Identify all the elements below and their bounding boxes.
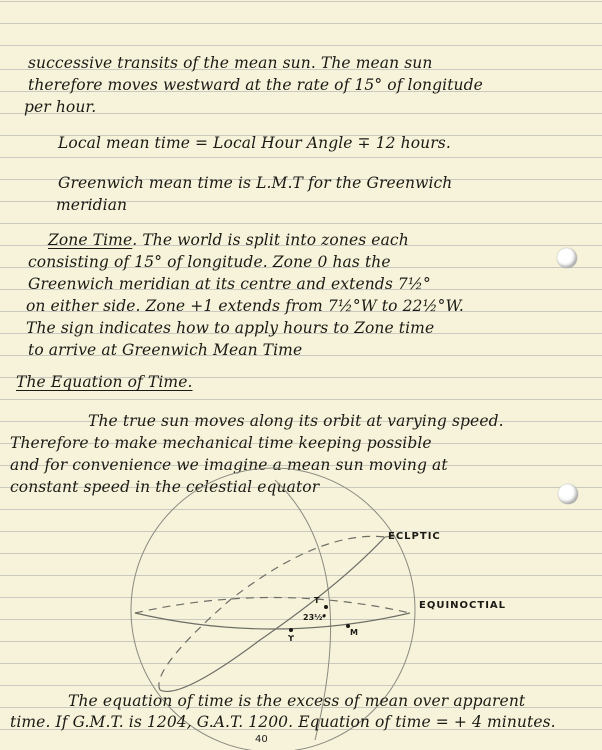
ecliptic-label: ECLPTIC [388,531,441,542]
angle-label: 23½° [303,613,326,622]
notebook-page: successive transits of the mean sun. The… [0,0,602,750]
conclusion-line-1: The equation of time is the excess of me… [68,690,525,712]
point-t-dot [324,605,328,609]
point-r-dot [289,628,293,632]
point-r-label: ϒ [288,634,294,643]
equinoctial-label: EQUINOCTIAL [419,600,506,611]
ecliptic-back [159,536,385,690]
equinoctial-front [135,613,410,629]
page-number: 40 [255,734,268,745]
conclusion-line-2: time. If G.M.T. is 1204, G.A.T. 1200. Eq… [10,711,556,733]
point-t-label: T [314,596,319,605]
equinoctial-back [135,598,410,614]
celestial-sphere-diagram [0,0,602,750]
point-m-label: M [350,628,358,637]
ecliptic-front [160,537,385,691]
